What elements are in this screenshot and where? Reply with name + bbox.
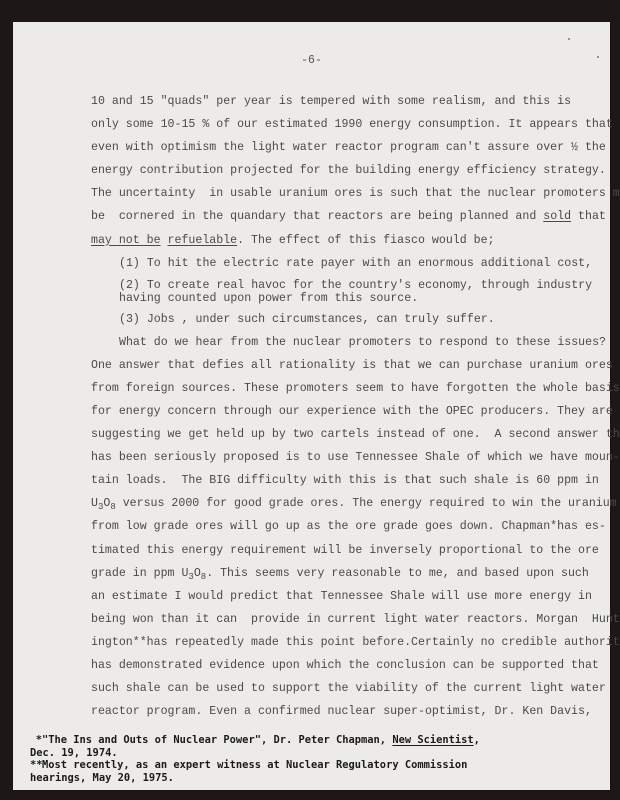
list-item: (1) To hit the electric rate payer with … bbox=[91, 252, 571, 276]
text-line: has demonstrated evidence upon which the… bbox=[91, 654, 571, 677]
text-span: be cornered in the quandary that reactor… bbox=[91, 210, 543, 223]
text-line: One answer that defies all rationality i… bbox=[91, 354, 571, 377]
footnote-text: "The Ins and Outs of Nuclear Power", Dr.… bbox=[42, 734, 392, 746]
text-line: reactor program. Even a confirmed nuclea… bbox=[91, 700, 571, 723]
text-line: be cornered in the quandary that reactor… bbox=[91, 205, 571, 228]
text-line: grade in ppm U3O8. This seems very reaso… bbox=[91, 562, 571, 585]
text-line: ington**has repeatedly made this point b… bbox=[91, 631, 571, 654]
list-item: (3) Jobs , under such circumstances, can… bbox=[91, 309, 571, 331]
text-span: . This seems very reasonable to me, and … bbox=[206, 567, 589, 580]
text-line: 10 and 15 "quads" per year is tempered w… bbox=[91, 90, 571, 113]
text-line: suggesting we get held up by two cartels… bbox=[91, 423, 571, 446]
text-line: being won than it can provide in current… bbox=[91, 608, 571, 631]
footnotes: *"The Ins and Outs of Nuclear Power", Dr… bbox=[30, 734, 590, 784]
text-line: such shale can be used to support the vi… bbox=[91, 677, 571, 700]
text-span: grade in ppm U bbox=[91, 567, 188, 580]
text-line: has been seriously proposed is to use Te… bbox=[91, 446, 571, 469]
footnote: **Most recently, as an expert witness at… bbox=[30, 759, 590, 772]
footnote-continuation: hearings, May 20, 1975. bbox=[30, 772, 590, 785]
text-line: from low grade ores will go up as the or… bbox=[91, 515, 571, 538]
text-span: that bbox=[571, 210, 606, 223]
underlined-text: refuelable bbox=[168, 234, 238, 247]
underlined-text: may not be bbox=[91, 234, 161, 247]
text-line: an estimate I would predict that Tenness… bbox=[91, 585, 571, 608]
underlined-text: sold bbox=[543, 210, 571, 223]
footnote-marker: * bbox=[30, 734, 42, 747]
text-line: may not be refuelable. The effect of thi… bbox=[91, 229, 571, 252]
text-line: for energy concern through our experienc… bbox=[91, 400, 571, 423]
list-item: (2) To create real havoc for the country… bbox=[91, 279, 571, 309]
body-text: 10 and 15 "quads" per year is tempered w… bbox=[91, 90, 571, 723]
text-span: . The effect of this fiasco would be; bbox=[237, 234, 494, 247]
text-span: versus 2000 for good grade ores. The ene… bbox=[116, 497, 617, 510]
page-number: -6- bbox=[13, 54, 610, 67]
text-line: even with optimism the light water react… bbox=[91, 136, 571, 159]
text-line: tain loads. The BIG difficulty with this… bbox=[91, 469, 571, 492]
text-line: U3O8 versus 2000 for good grade ores. Th… bbox=[91, 492, 571, 515]
text-line: The uncertainty in usable uranium ores i… bbox=[91, 182, 571, 205]
footnote-text: , bbox=[474, 734, 480, 746]
paper-speck bbox=[568, 38, 570, 40]
footnote-marker: ** bbox=[30, 759, 42, 772]
underlined-text: New Scientist bbox=[392, 734, 473, 746]
text-line: only some 10-15 % of our estimated 1990 … bbox=[91, 113, 571, 136]
footnote-continuation: Dec. 19, 1974. bbox=[30, 747, 590, 760]
text-line: timated this energy requirement will be … bbox=[91, 539, 571, 562]
text-span: O bbox=[194, 567, 201, 580]
footnote: *"The Ins and Outs of Nuclear Power", Dr… bbox=[30, 734, 590, 747]
document-page: -6- 10 and 15 "quads" per year is temper… bbox=[13, 22, 610, 790]
footnote-text: Most recently, as an expert witness at N… bbox=[42, 759, 467, 771]
text-line: energy contribution projected for the bu… bbox=[91, 159, 571, 182]
text-line: from foreign sources. These promoters se… bbox=[91, 377, 571, 400]
paragraph-start-line: What do we hear from the nuclear promote… bbox=[91, 331, 571, 354]
text-span bbox=[161, 234, 168, 247]
text-span: U bbox=[91, 497, 98, 510]
